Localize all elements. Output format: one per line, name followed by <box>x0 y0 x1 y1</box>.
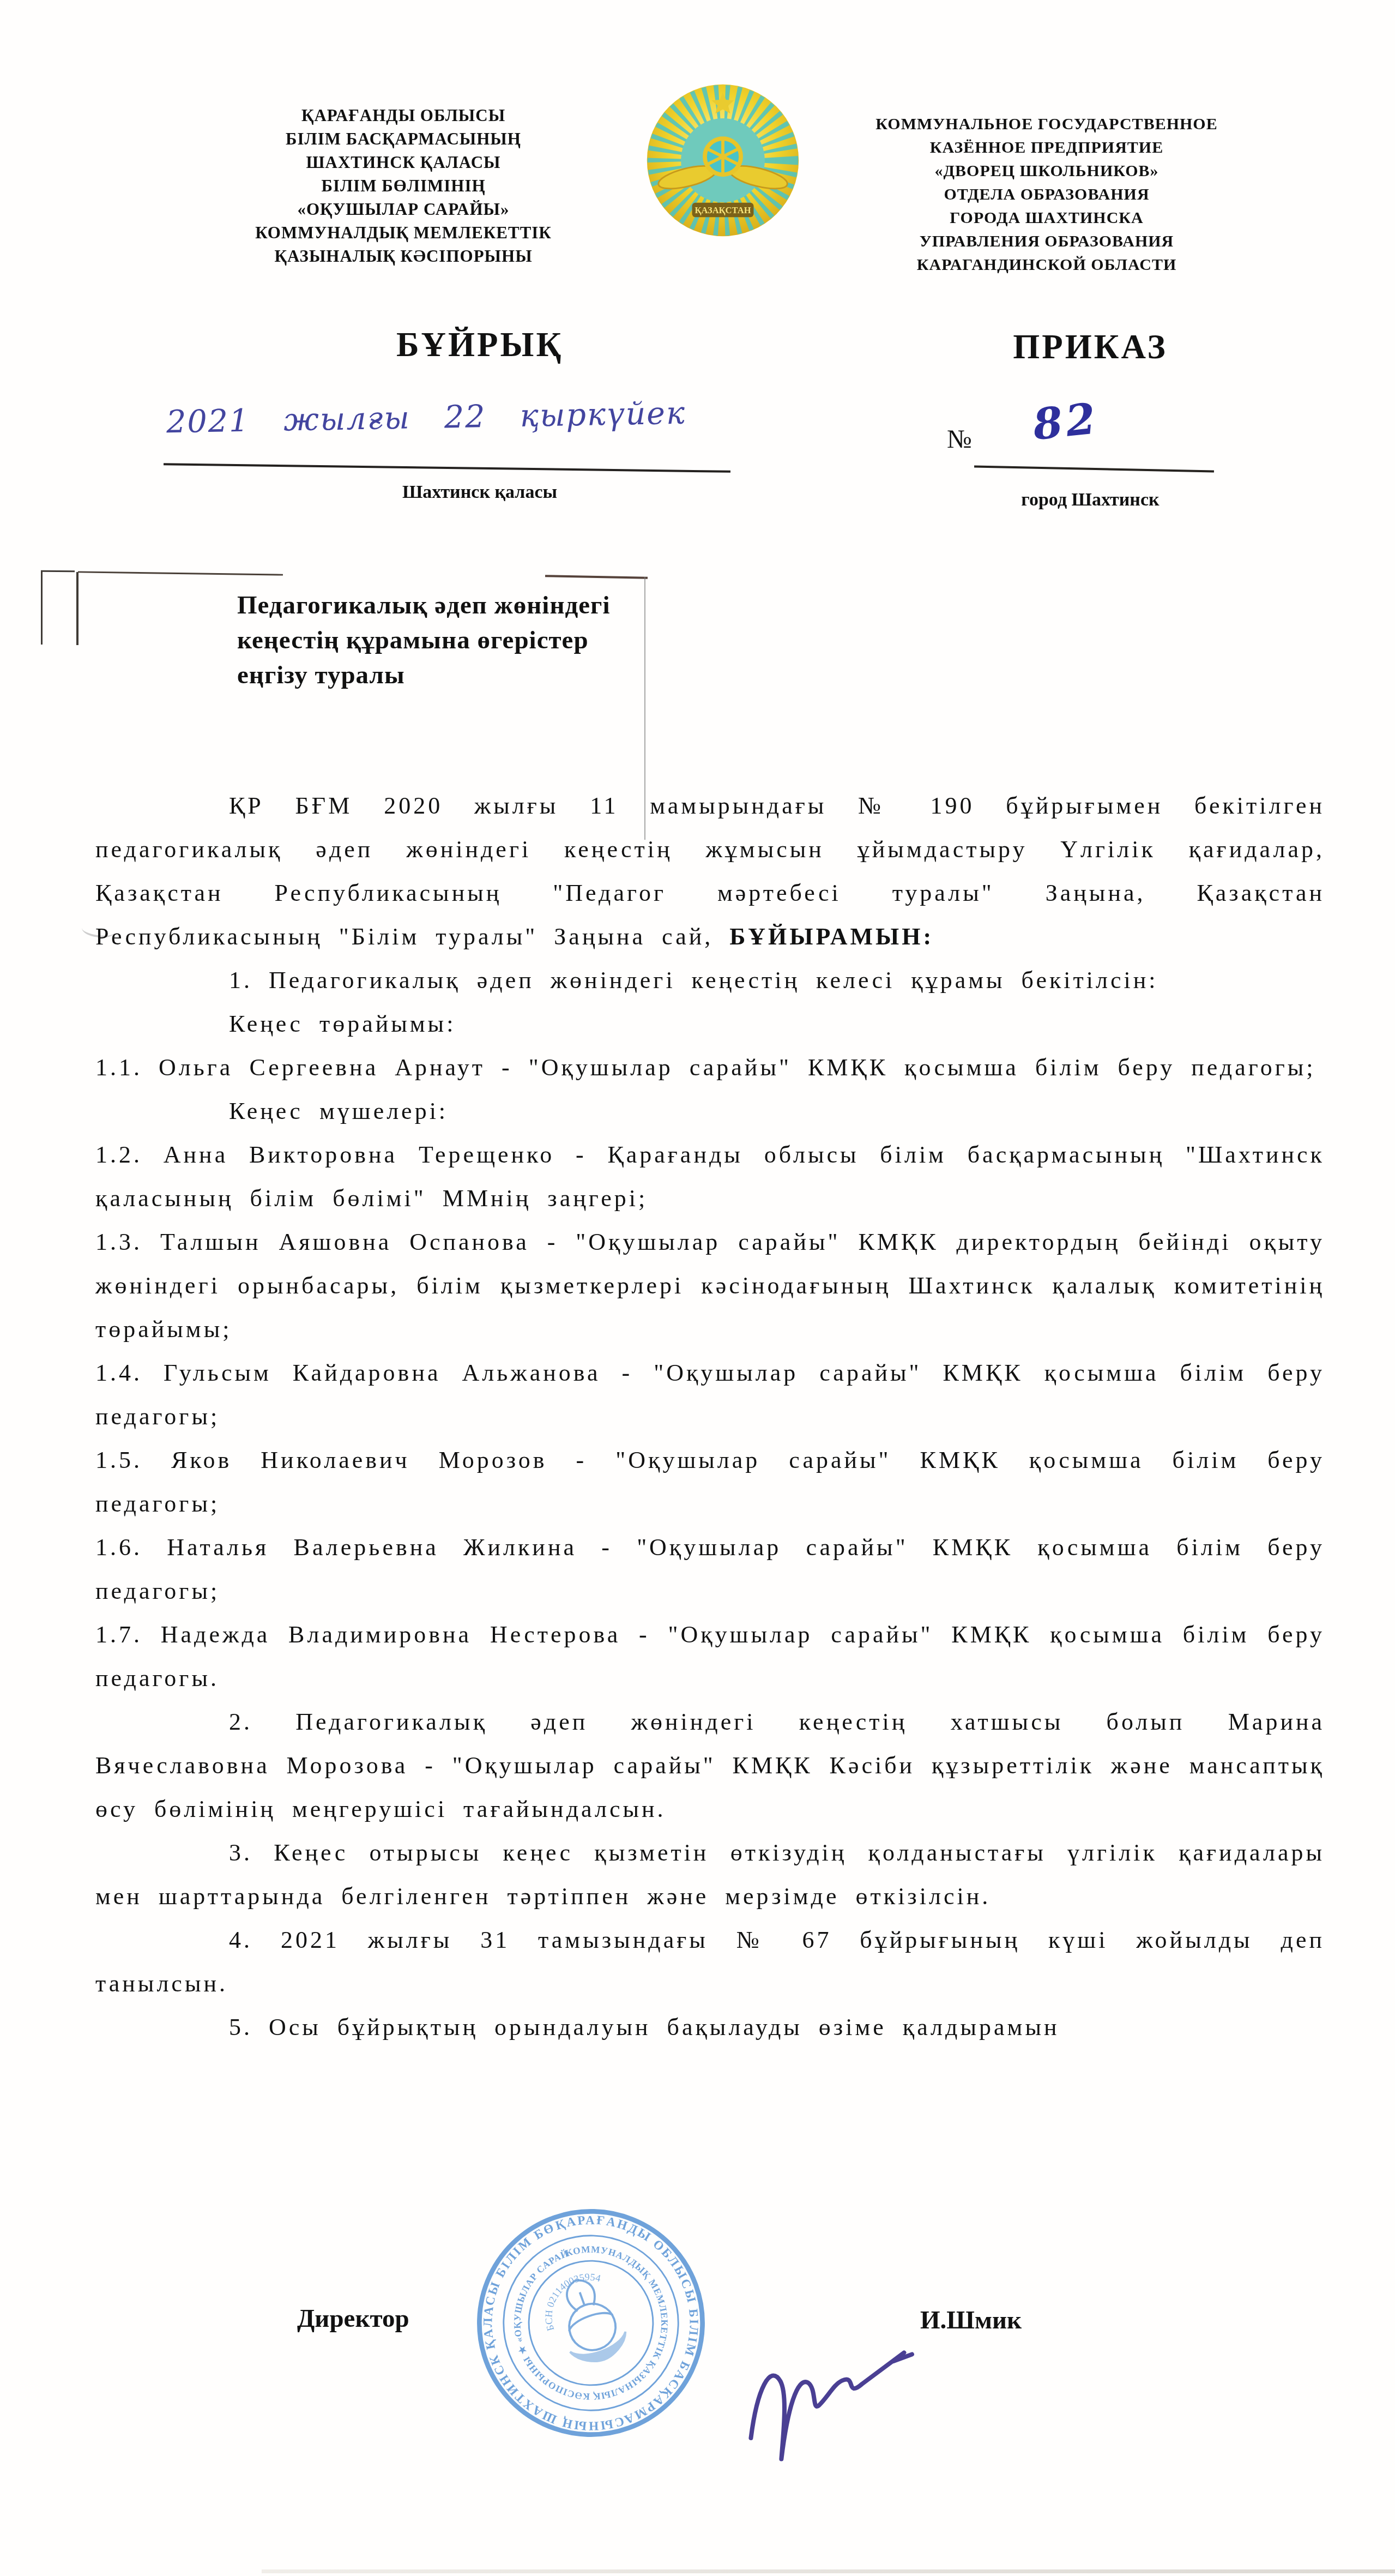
subject-line: Педагогикалық әдеп жөніндегі <box>237 588 837 623</box>
place-russian: город Шахтинск <box>905 490 1276 510</box>
number-underline <box>974 465 1214 472</box>
org-line: «ДВОРЕЦ ШКОЛЬНИКОВ» <box>815 159 1278 183</box>
org-line: ҚАРАҒАНДЫ ОБЛЫСЫ <box>229 104 578 127</box>
date-underline <box>164 463 730 473</box>
org-line: БІЛІМ БАСҚАРМАСЫНЫҢ <box>229 127 578 151</box>
corner-mark <box>41 570 43 645</box>
number-sign: № <box>947 424 972 454</box>
body-paragraph: ҚР БҒМ 2020 жылғы 11 мамырындағы № 190 б… <box>95 784 1325 959</box>
org-line: ОТДЕЛА ОБРАЗОВАНИЯ <box>815 183 1278 206</box>
director-signature-icon <box>730 2263 927 2481</box>
org-line: ГОРОДА ШАХТИНСКА <box>815 206 1278 230</box>
body-paragraph: Кеңес төрайымы: <box>95 1002 1325 1046</box>
stamp-id-text: БСН 021140035954 <box>530 2265 614 2333</box>
order-title-kk: БҰЙРЫҚ <box>294 325 665 365</box>
signer-name: И.Шмик <box>920 2306 1022 2335</box>
handwritten-date: 2021 жылғы 22 қыркүйек <box>166 395 686 441</box>
org-line: УПРАВЛЕНИЯ ОБРАЗОВАНИЯ <box>815 230 1278 253</box>
corner-mark <box>41 570 75 573</box>
org-line: БІЛІМ БӨЛІМІНІҢ <box>229 174 578 197</box>
scanned-order-document: ҚАРАҒАНДЫ ОБЛЫСЫБІЛІМ БАСҚАРМАСЫНЫҢШАХТИ… <box>0 0 1395 2576</box>
director-label: Директор <box>297 2304 409 2333</box>
org-name-kazakh: ҚАРАҒАНДЫ ОБЛЫСЫБІЛІМ БАСҚАРМАСЫНЫҢШАХТИ… <box>229 104 578 268</box>
handwritten-order-number: 82 <box>1031 394 1101 450</box>
org-line: ШАХТИНСК ҚАЛАСЫ <box>229 151 578 174</box>
corner-mark <box>545 575 648 579</box>
order-body: ҚР БҒМ 2020 жылғы 11 мамырындағы № 190 б… <box>95 784 1325 2049</box>
kazakhstan-emblem-icon: ҚАЗАҚСТАН <box>643 81 802 240</box>
body-paragraph: 1.2. Анна Викторовна Терещенко - Қараған… <box>95 1133 1325 1220</box>
official-stamp: ҚАРАҒАНДЫ ОБЛЫСЫ БІЛІМ БАСҚАРМАСЫНЫҢ ШАХ… <box>436 2168 746 2478</box>
order-title-ru: ПРИКАЗ <box>905 327 1276 367</box>
org-line: КАЗЁННОЕ ПРЕДПРИЯТИЕ <box>815 136 1278 159</box>
svg-text:БСН 021140035954: БСН 021140035954 <box>530 2265 614 2333</box>
body-paragraph: 1.7. Надежда Владимировна Нестерова - "О… <box>95 1613 1325 1700</box>
body-paragraph: 1. Педагогикалық әдеп жөніндегі кеңестің… <box>95 959 1325 1002</box>
body-paragraph: 1.4. Гульсым Кайдаровна Альжанова - "Оқу… <box>95 1351 1325 1439</box>
subject-line: кеңестің құрамына өгерістер <box>237 623 837 658</box>
body-paragraph: 1.3. Талшын Аяшовна Оспанова - "Оқушылар… <box>95 1220 1325 1351</box>
place-kazakh: Шахтинск қаласы <box>294 482 665 503</box>
body-paragraph: 1.1. Ольга Сергеевна Арнаут - "Оқушылар … <box>95 1046 1325 1090</box>
corner-mark <box>78 571 283 575</box>
emblem-banner-text: ҚАЗАҚСТАН <box>695 205 751 215</box>
body-paragraph: Кеңес мүшелері: <box>95 1090 1325 1133</box>
org-line: ҚАЗЫНАЛЫҚ КӘСІПОРЫНЫ <box>229 244 578 268</box>
scan-artifact <box>262 2569 1395 2573</box>
org-name-russian: КОММУНАЛЬНОЕ ГОСУДАРСТВЕННОЕКАЗЁННОЕ ПРЕ… <box>815 112 1278 276</box>
body-paragraph: 2. Педагогикалық әдеп жөніндегі кеңестің… <box>95 1700 1325 1831</box>
org-line: «ОҚУШЫЛАР САРАЙЫ» <box>229 197 578 221</box>
body-paragraph: 1.5. Яков Николаевич Морозов - "Оқушылар… <box>95 1439 1325 1526</box>
org-line: КАРАГАНДИНСКОЙ ОБЛАСТИ <box>815 253 1278 276</box>
org-line: КОММУНАЛДЫҚ МЕМЛЕКЕТТІК <box>229 221 578 244</box>
order-subject: Педагогикалық әдеп жөніндегікеңестің құр… <box>237 588 837 693</box>
body-paragraph: 1.6. Наталья Валерьевна Жилкина - "Оқушы… <box>95 1526 1325 1613</box>
body-paragraph: 4. 2021 жылғы 31 тамызындағы № 67 бұйрығ… <box>95 1918 1325 2006</box>
body-paragraph: 3. Кеңес отырысы кеңес қызметін өткізуді… <box>95 1831 1325 1918</box>
org-line: КОММУНАЛЬНОЕ ГОСУДАРСТВЕННОЕ <box>815 112 1278 136</box>
corner-mark <box>76 572 78 645</box>
body-paragraph: 5. Осы бұйрықтың орындалуын бақылауды өз… <box>95 2006 1325 2049</box>
subject-line: еңгізу туралы <box>237 658 837 693</box>
